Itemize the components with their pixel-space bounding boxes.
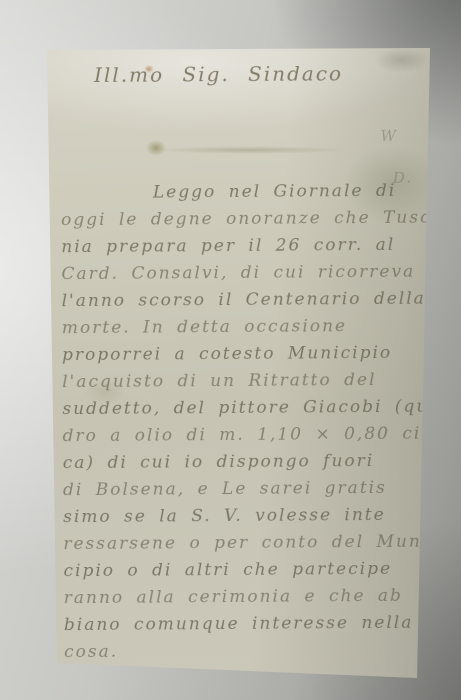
handwritten-line: suddetto, del pittore Giacobi (qua <box>62 394 434 424</box>
handwritten-line: proporrei a cotesto Municipio <box>62 340 434 370</box>
handwritten-line: Leggo nel Giornale di <box>61 178 433 208</box>
handwritten-line: ressarsene o per conto del Muni <box>63 529 435 559</box>
handwritten-line: simo se la S. V. volesse inte <box>63 502 435 532</box>
handwritten-line: di Bolsena, e Le sarei gratis <box>63 475 435 505</box>
handwritten-line: Card. Consalvi, di cui ricorreva <box>61 259 433 289</box>
handwritten-line: cosa. <box>64 637 436 667</box>
handwritten-line: oggi le degne onoranze che Tusca <box>61 205 433 235</box>
handwritten-line: dro a olio di m. 1,10 × 0,80 cir <box>63 421 435 451</box>
letter-salutation: Ill.mo Sig. Sindaco <box>94 61 343 87</box>
handwritten-line: ranno alla cerimonia e che ab <box>64 583 436 613</box>
handwritten-line: biano comunque interesse nella <box>64 610 436 640</box>
handwritten-line: nia prepara per il 26 corr. al <box>61 232 433 262</box>
handwriting-layer: Ill.mo Sig. Sindaco W D. Leggo nel Giorn… <box>0 0 461 700</box>
ink-mark: W <box>380 127 398 145</box>
handwritten-line: ca) di cui io dispongo fuori <box>63 448 435 478</box>
handwritten-line: cipio o di altri che partecipe <box>63 556 435 586</box>
photo-background: Ill.mo Sig. Sindaco W D. Leggo nel Giorn… <box>0 0 461 700</box>
letter-paper: Ill.mo Sig. Sindaco W D. Leggo nel Giorn… <box>0 0 461 700</box>
handwritten-line: l'acquisto di un Ritratto del <box>62 367 434 397</box>
handwritten-line: l'anno scorso il Centenario della <box>62 286 434 316</box>
letter-body: Leggo nel Giornale di oggi le degne onor… <box>61 178 436 667</box>
handwritten-line: morte. In detta occasione <box>62 313 434 343</box>
